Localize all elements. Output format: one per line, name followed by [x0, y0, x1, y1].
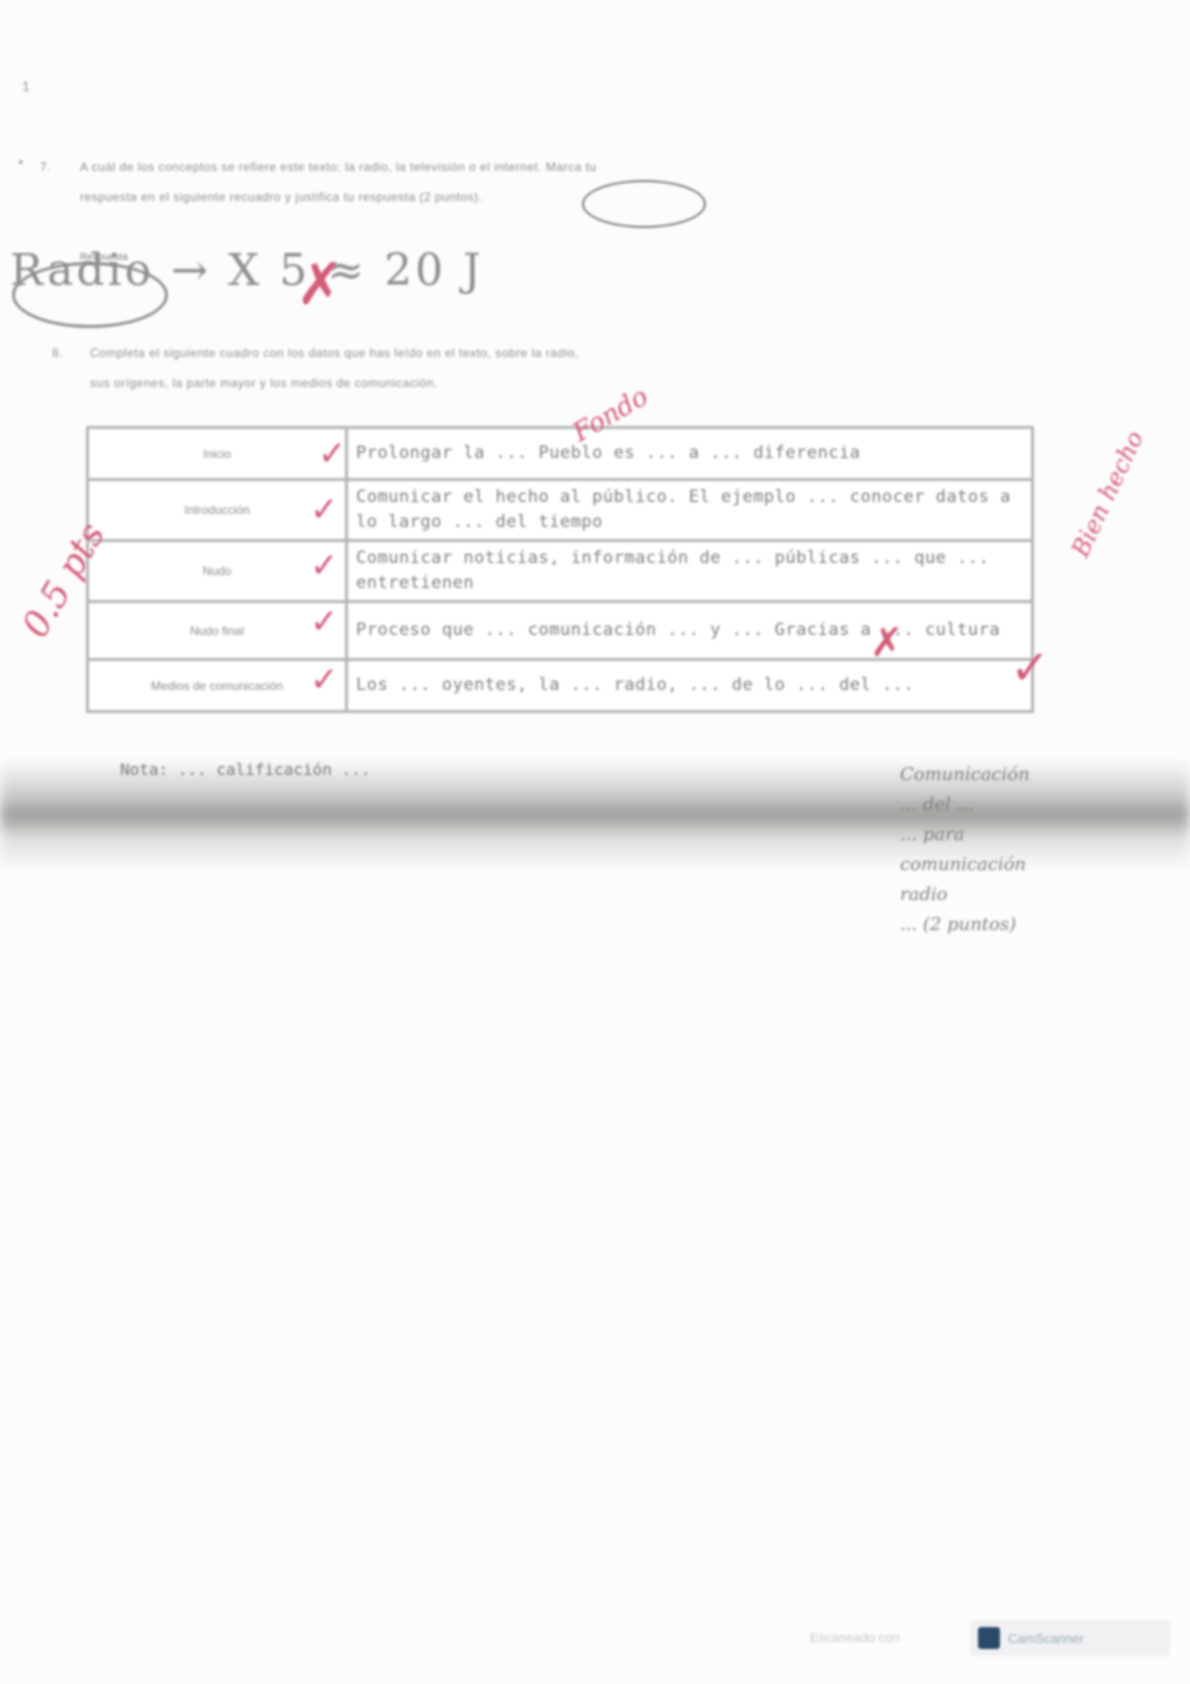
row-label: Nudo final [88, 602, 347, 660]
scanner-app-name: CamScanner [1008, 1631, 1084, 1646]
handwritten-side-notes: Comunicación ... del ... ... para comuni… [900, 760, 1030, 940]
table-row: Medios de comunicación Los ... oyentes, … [88, 660, 1033, 712]
side-note-line: Comunicación [900, 760, 1030, 790]
scanner-logo-icon [978, 1627, 1000, 1649]
side-note-line: comunicación [900, 850, 1030, 880]
check-mark-icon: ✓ [318, 434, 347, 474]
question-8-number: 8. [52, 346, 63, 360]
scanner-app-badge: CamScanner [970, 1620, 1170, 1656]
cross-mark-icon: ✗ [870, 620, 904, 666]
side-note-line: ... para [900, 820, 1030, 850]
table-row: Inicio Prolongar la ... Pueblo es ... a … [88, 428, 1033, 480]
story-structure-table: Inicio Prolongar la ... Pueblo es ... a … [86, 426, 1034, 713]
handwritten-note-line: Nota: ... calificación ... [120, 760, 370, 779]
scanned-by-text: Escaneado con [810, 1630, 900, 1645]
red-cross-mark-icon: ✗ [296, 250, 345, 318]
side-note-line: ... del ... [900, 790, 1030, 820]
row-content: Proceso que ... comunicación ... y ... G… [347, 602, 1033, 660]
question-8-text-line1: Completa el siguiente cuadro con los dat… [90, 346, 579, 360]
check-mark-icon: ✓ [310, 602, 339, 642]
question-bullet: * [18, 156, 23, 172]
check-mark-icon: ✓ [310, 490, 339, 530]
row-content: Comunicar noticias, información de ... p… [347, 541, 1033, 602]
row-label: Introducción [88, 480, 347, 541]
question-7-text-line2: respuesta en el siguiente recuadro y jus… [80, 190, 482, 204]
side-note-line: radio [900, 880, 1030, 910]
row-content: Prolongar la ... Pueblo es ... a ... dif… [347, 428, 1033, 480]
row-content: Comunicar el hecho al público. El ejempl… [347, 480, 1033, 541]
row-content: Los ... oyentes, la ... radio, ... de lo… [347, 660, 1033, 712]
question-7-text-line1: A cuál de los conceptos se refiere este … [80, 160, 597, 174]
grading-note-right: Bien hecho [1066, 427, 1149, 562]
circled-phrase-marker [582, 180, 706, 228]
page-number: 1 [22, 78, 30, 94]
check-mark-icon: ✓ [310, 660, 339, 700]
row-label: Inicio [88, 428, 347, 480]
question-8-text-line2: sus orígenes, la parte mayor y los medio… [90, 376, 438, 390]
row-label: Medios de comunicación [88, 660, 347, 712]
side-note-line: ... (2 puntos) [900, 910, 1030, 940]
check-mark-icon: ✓ [310, 546, 339, 586]
question-7-handwritten-answer: Radio → X 5 ≈ 20 J [10, 245, 484, 296]
row-label: Nudo [88, 541, 347, 602]
table-row: Introducción Comunicar el hecho al públi… [88, 480, 1033, 541]
table-row: Nudo Comunicar noticias, información de … [88, 541, 1033, 602]
check-mark-icon: ✓ [1010, 640, 1050, 696]
question-7-number: 7. [40, 160, 51, 174]
